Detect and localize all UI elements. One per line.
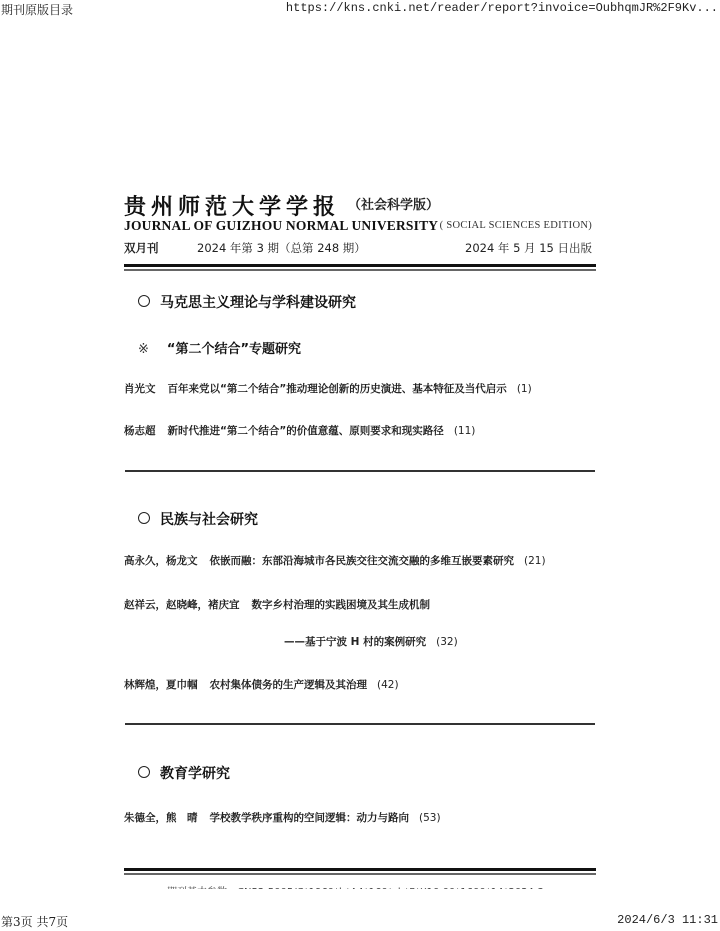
browser-footer-page-count: 第3页 共7页 (1, 913, 68, 930)
article-entry[interactable]: 高永久，杨龙文依嵌而融：东部沿海城市各民族交往交流交融的多维互嵌要素研究(21) (124, 553, 546, 568)
article-entry[interactable]: 杨志超新时代推进“第二个结合”的价值意蕴、原则要求和现实路径(11) (124, 423, 475, 438)
reference-mark-icon: ※ (138, 342, 149, 357)
circle-bullet-icon (138, 295, 150, 307)
article-page: (1) (517, 383, 532, 395)
section-title: 马克思主义理论与学科建设研究 (138, 292, 356, 312)
section-divider (125, 470, 595, 472)
section-title-text: 教育学研究 (160, 766, 230, 782)
article-authors: 赵祥云，赵晓峰，褚庆宜 (124, 599, 240, 611)
article-title: 新时代推进“第二个结合”的价值意蕴、原则要求和现实路径 (168, 425, 444, 437)
article-page: (53) (419, 812, 441, 824)
journal-edition-cn: （社会科学版） (348, 194, 439, 213)
article-title: 农村集体债务的生产逻辑及其治理 (210, 679, 368, 691)
article-title: 学校教学秩序重构的空间逻辑：动力与路向 (210, 812, 410, 824)
article-authors: 朱德全，熊 晴 (124, 812, 198, 824)
journal-parameters: 期刊基本参数：CN52-5005/C*1960*b*A4*160*zh*P*¥1… (167, 883, 544, 889)
section-divider (125, 723, 595, 725)
footer-double-rule (124, 868, 596, 875)
article-authors: 高永久，杨龙文 (124, 555, 198, 567)
header-double-rule (124, 264, 596, 271)
article-authors: 林辉煌，夏巾帼 (124, 679, 198, 691)
circle-bullet-icon (138, 512, 150, 524)
subsection-title: ※“第二个结合”专题研究 (138, 338, 301, 357)
section-title-text: 马克思主义理论与学科建设研究 (160, 295, 356, 311)
journal-issue: 2024 年第 3 期（总第 248 期） (197, 240, 366, 256)
browser-header-url: https://kns.cnki.net/reader/report?invoi… (286, 1, 718, 15)
section-title: 教育学研究 (138, 763, 230, 783)
article-title: 依嵌而融：东部沿海城市各民族交往交流交融的多维互嵌要素研究 (210, 555, 515, 567)
journal-edition-en: ( SOCIAL SCIENCES EDITION) (440, 220, 592, 231)
journal-title-cn: 贵州师范大学学报 (124, 190, 340, 221)
article-title: 数字乡村治理的实践困境及其生成机制 (252, 599, 431, 611)
article-page: (21) (524, 555, 546, 567)
article-entry[interactable]: 林辉煌，夏巾帼农村集体债务的生产逻辑及其治理(42) (124, 677, 399, 692)
subsection-title-text: “第二个结合”专题研究 (167, 342, 301, 357)
journal-publish-date: 2024 年 5 月 15 日出版 (465, 240, 592, 256)
article-page: (11) (454, 425, 476, 437)
article-entry[interactable]: 肖光文百年来党以“第二个结合”推动理论创新的历史演进、基本特征及当代启示(1) (124, 381, 532, 396)
article-entry[interactable]: 朱德全，熊 晴学校教学秩序重构的空间逻辑：动力与路向(53) (124, 810, 441, 825)
article-page: (32) (436, 636, 458, 648)
article-page: (42) (377, 679, 399, 691)
article-authors: 肖光文 (124, 383, 156, 395)
circle-bullet-icon (138, 766, 150, 778)
journal-frequency: 双月刊 (124, 240, 159, 256)
article-subtitle-line: ——基于宁波 H 村的案例研究(32) (284, 634, 458, 649)
article-subtitle: ——基于宁波 H 村的案例研究 (284, 636, 426, 648)
article-entry[interactable]: 赵祥云，赵晓峰，褚庆宜数字乡村治理的实践困境及其生成机制 (124, 597, 430, 612)
article-authors: 杨志超 (124, 425, 156, 437)
article-title: 百年来党以“第二个结合”推动理论创新的历史演进、基本特征及当代启示 (168, 383, 507, 395)
browser-header-left: 期刊原版目录 (1, 1, 73, 18)
browser-footer-timestamp: 2024/6/3 11:31 (617, 913, 718, 927)
journal-title-en: JOURNAL OF GUIZHOU NORMAL UNIVERSITY (124, 218, 438, 234)
section-title-text: 民族与社会研究 (160, 512, 258, 528)
section-title: 民族与社会研究 (138, 509, 258, 529)
